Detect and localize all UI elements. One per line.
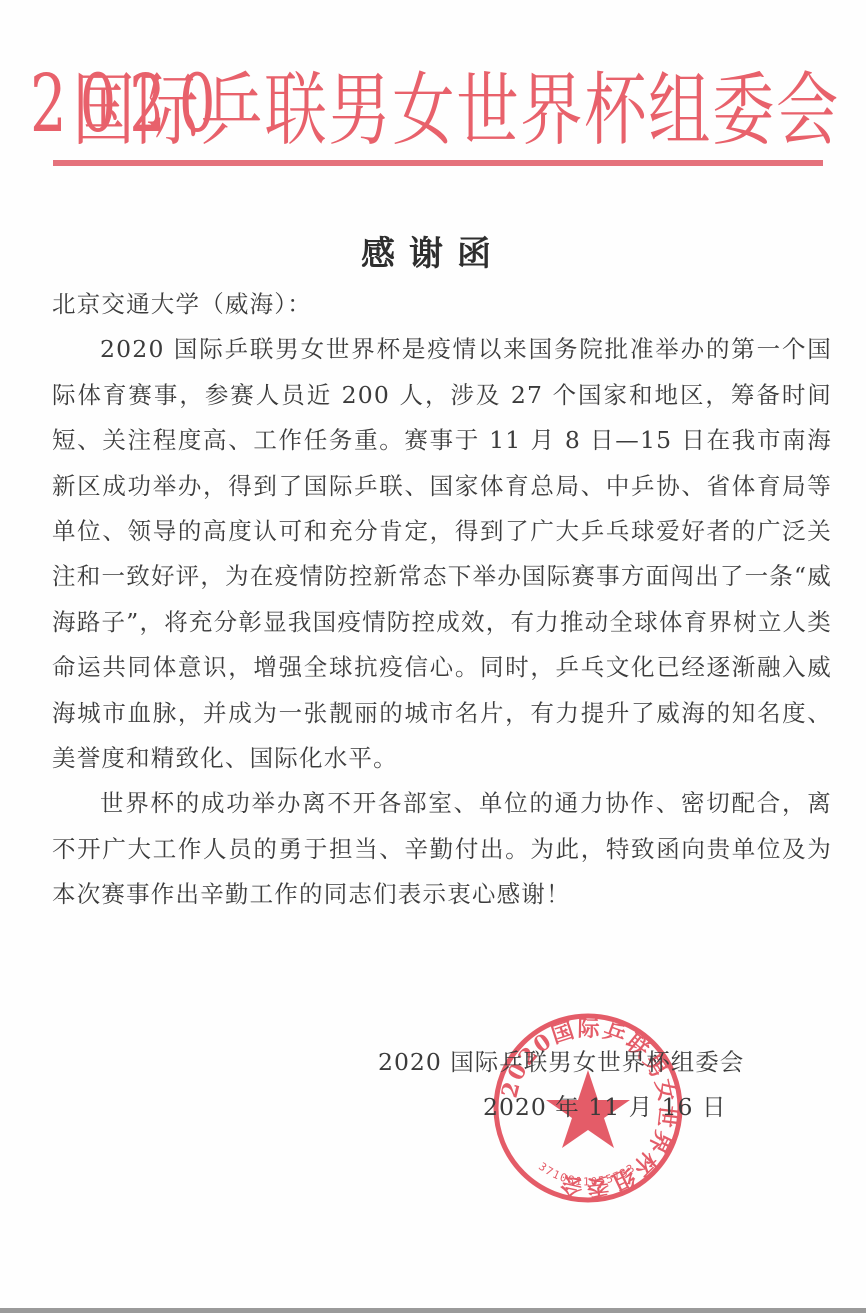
signature-date: 2020 年 11 月 16 日 [378,1085,798,1130]
paragraph-1: 2020 国际乒联男女世界杯是疫情以来国务院批准举办的第一个国际体育赛事，参赛人… [52,327,832,781]
document-title: 感谢函 [0,226,866,275]
signature-organization: 2020 国际乒联男女世界杯组委会 [378,1040,798,1085]
letterhead-organization: 国际乒联男女世界杯组委会 [72,46,840,160]
bottom-edge [0,1308,866,1313]
letterhead-divider [53,160,823,166]
salutation: 北京交通大学（威海）： [52,282,832,327]
letter-page: 2020 国际乒联男女世界杯组委会 感谢函 北京交通大学（威海）： 2020 国… [0,0,866,1308]
paragraph-2: 世界杯的成功举办离不开各部室、单位的通力协作、密切配合，离不开广大工作人员的勇于… [52,781,832,917]
letterhead: 2020 国际乒联男女世界杯组委会 [30,58,840,148]
signature-block: 2020 国际乒联男女世界杯组委会 2020 年 11 月 16 日 [378,1040,798,1130]
letter-body: 北京交通大学（威海）： 2020 国际乒联男女世界杯是疫情以来国务院批准举办的第… [52,282,832,918]
